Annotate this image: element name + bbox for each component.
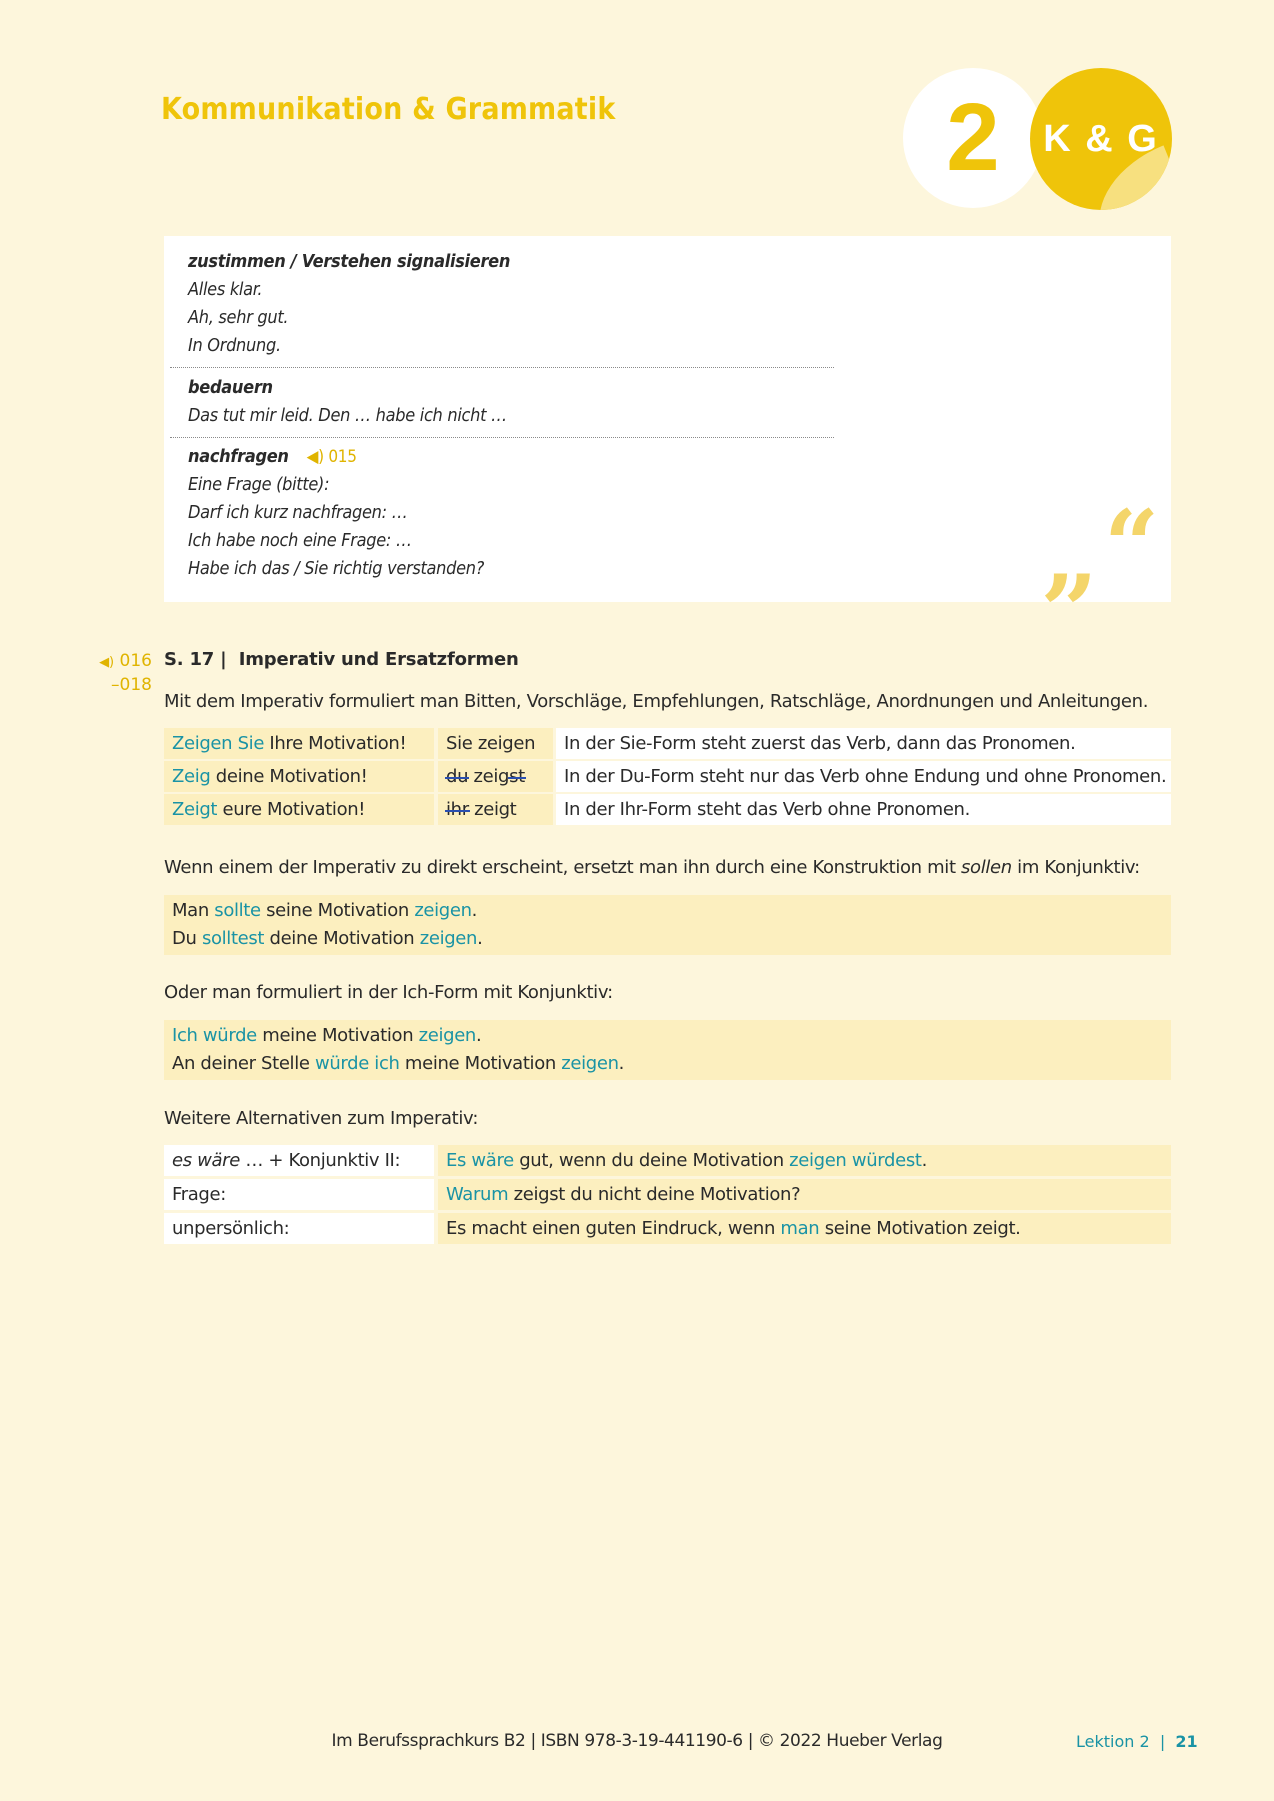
section-badge-label: K & G (1030, 68, 1172, 210)
table-row: Zeig deine Motivation!du zeigstIn der Du… (164, 761, 1171, 792)
phrase-line: Das tut mir leid. Den … habe ich nicht … (188, 402, 507, 430)
highlighted-form: Es wäre (446, 1150, 514, 1171)
phrase-line: Eine Frage (bitte): (188, 471, 484, 499)
intro-text: Mit dem Imperativ formuliert man Bitten,… (164, 691, 1148, 712)
text-segment: An deiner Stelle (172, 1053, 315, 1074)
imprint: Im Berufssprachkurs B2 | ISBN 978-3-19-4… (0, 1731, 1274, 1751)
alternative-label-cell: es wäre … + Konjunktiv II: (164, 1145, 434, 1176)
quotation-marks-icon: „ (1042, 504, 1100, 604)
table-row: Zeigen Sie Ihre Motivation!Sie zeigenIn … (164, 728, 1171, 759)
highlighted-form: zeigen würdest (789, 1150, 921, 1171)
alternative-example-cell: Es macht einen guten Eindruck, wenn man … (438, 1213, 1171, 1244)
phrase-line: Darf ich kurz nachfragen: … (188, 499, 484, 527)
struck-pronoun: ihr (446, 799, 469, 820)
explanation-cell: In der Sie-Form steht zuerst das Verb, d… (556, 728, 1171, 759)
phrase-heading: zustimmen / Verstehen signalisieren (188, 248, 510, 276)
section-title: Kommunikation & Grammatik (161, 92, 615, 127)
highlighted-form: Warum (446, 1184, 508, 1205)
text-segment: Es macht einen guten Eindruck, wenn (446, 1218, 780, 1239)
phrase-line: Ich habe noch eine Frage: … (188, 527, 484, 555)
highlighted-form: Ich würde (172, 1025, 257, 1046)
alternative-example-cell: Es wäre gut, wenn du deine Motivation ze… (438, 1145, 1171, 1176)
text-segment: unpersönlich: (172, 1218, 289, 1239)
audio-track-number: 015 (328, 447, 356, 467)
highlighted-form: sollte (214, 900, 260, 921)
text-segment: . (472, 900, 477, 921)
pronoun-form-cell: Sie zeigen (438, 728, 553, 759)
highlighted-form: Zeig (172, 766, 210, 787)
phrase-heading: bedauern (188, 374, 507, 402)
example-cell: Zeig deine Motivation! (164, 761, 434, 792)
example-sentence: Ich würde meine Motivation zeigen. (172, 1022, 481, 1050)
text-segment: Frage: (172, 1184, 226, 1205)
highlighted-form: Zeigt (172, 799, 217, 820)
sollen-examples-box: Man sollte seine Motivation zeigen.Du so… (164, 895, 1171, 955)
example-cell: Zeigen Sie Ihre Motivation! (164, 728, 434, 759)
pronoun-form-cell: du zeigst (438, 761, 553, 792)
table-row: es wäre … + Konjunktiv II:Es wäre gut, w… (164, 1145, 1171, 1176)
phrase-line: Alles klar. (188, 276, 510, 304)
alternatives-table: es wäre … + Konjunktiv II:Es wäre gut, w… (164, 1145, 1171, 1246)
audio-tracks-016-018[interactable]: ◀︎) 016 –018 (86, 650, 152, 697)
example-sentence: An deiner Stelle würde ich meine Motivat… (172, 1050, 624, 1078)
text-segment: seine Motivation zeigt. (819, 1218, 1020, 1239)
text-segment: meine Motivation (257, 1025, 419, 1046)
text-segment: es wäre (172, 1150, 240, 1171)
text-segment: gut, wenn du deine Motivation (514, 1150, 789, 1171)
highlighted-form: zeigen (414, 900, 471, 921)
alternative-label-cell: Frage: (164, 1179, 434, 1210)
alternative-example-cell: Warum zeigst du nicht deine Motivation? (438, 1179, 1171, 1210)
example-sentence: Man sollte seine Motivation zeigen. (172, 897, 477, 925)
table-row: unpersönlich:Es macht einen guten Eindru… (164, 1213, 1171, 1244)
phrase-group-agree: zustimmen / Verstehen signalisieren Alle… (188, 248, 510, 360)
verb-form: Sie zeigen (446, 733, 535, 754)
alternatives-intro: Weitere Alternativen zum Imperativ: (164, 1108, 478, 1129)
phrase-line: Habe ich das / Sie richtig verstanden? (188, 555, 484, 583)
text-segment: Ihre Motivation! (264, 733, 406, 754)
table-row: Frage:Warum zeigst du nicht deine Motiva… (164, 1179, 1171, 1210)
page-reference: S. 17 | (164, 649, 227, 670)
speaker-icon: ◀︎) (307, 447, 324, 467)
table-row: Zeigt eure Motivation!ihr zeigtIn der Ih… (164, 794, 1171, 825)
phrase-group-ask: nachfragen◀︎) 015 Eine Frage (bitte): Da… (188, 443, 484, 583)
text-segment: zeigst du nicht deine Motivation? (508, 1184, 800, 1205)
highlighted-form: zeigen (561, 1053, 618, 1074)
text-segment: meine Motivation (400, 1053, 562, 1074)
phrase-box: zustimmen / Verstehen signalisieren Alle… (164, 236, 1171, 602)
phrase-heading: nachfragen (188, 446, 289, 467)
phrase-line: In Ordnung. (188, 332, 510, 360)
text-segment: eure Motivation! (217, 799, 365, 820)
ich-form-examples-box: Ich würde meine Motivation zeigen.An dei… (164, 1020, 1171, 1080)
imperative-table: Zeigen Sie Ihre Motivation!Sie zeigenIn … (164, 728, 1171, 827)
grammar-title: Imperativ und Ersatzformen (239, 649, 519, 670)
dotted-divider (170, 437, 834, 438)
speaker-icon: ◀︎) (99, 655, 114, 670)
struck-pronoun: du (446, 766, 468, 787)
highlighted-form: solltest (202, 928, 264, 949)
highlighted-form: man (780, 1218, 819, 1239)
ich-form-intro: Oder man formuliert in der Ich-Form mit … (164, 982, 613, 1003)
text-segment: . (476, 1025, 481, 1046)
text-segment: . (619, 1053, 624, 1074)
highlighted-form: würde ich (315, 1053, 400, 1074)
text-segment: deine Motivation (264, 928, 420, 949)
text-segment: Man (172, 900, 214, 921)
explanation-cell: In der Ihr-Form steht das Verb ohne Pron… (556, 794, 1171, 825)
phrase-group-regret: bedauern Das tut mir leid. Den … habe ic… (188, 374, 507, 430)
text-segment: seine Motivation (261, 900, 415, 921)
grammar-heading: S. 17 | Imperativ und Ersatzformen (164, 649, 519, 670)
phrase-line: Ah, sehr gut. (188, 304, 510, 332)
highlighted-form: zeigen (419, 1025, 476, 1046)
audio-track-015[interactable]: ◀︎) 015 (307, 447, 357, 467)
text-segment: Du (172, 928, 202, 949)
audio-track-range-start: 016 (120, 651, 152, 671)
struck-ending: st (509, 766, 525, 787)
explanation-cell: In der Du-Form steht nur das Verb ohne E… (556, 761, 1171, 792)
text-segment: . (477, 928, 482, 949)
sollen-intro: Wenn einem der Imperativ zu direkt ersch… (164, 857, 1140, 878)
example-cell: Zeigt eure Motivation! (164, 794, 434, 825)
highlighted-form: zeigen (420, 928, 477, 949)
audio-track-range-end: –018 (86, 674, 152, 697)
alternative-label-cell: unpersönlich: (164, 1213, 434, 1244)
verb-form: zeig (468, 766, 509, 787)
quotation-close-icon: “ (1104, 498, 1159, 594)
text-segment: . (922, 1150, 927, 1171)
dotted-divider (170, 367, 834, 368)
example-sentence: Du solltest deine Motivation zeigen. (172, 925, 482, 953)
chapter-number: 2 (903, 68, 1043, 208)
text-segment: deine Motivation! (210, 766, 367, 787)
highlighted-form: Zeigen Sie (172, 733, 264, 754)
text-segment: … + Konjunktiv II: (240, 1150, 400, 1171)
verb-form: zeigt (469, 799, 517, 820)
pronoun-form-cell: ihr zeigt (438, 794, 553, 825)
